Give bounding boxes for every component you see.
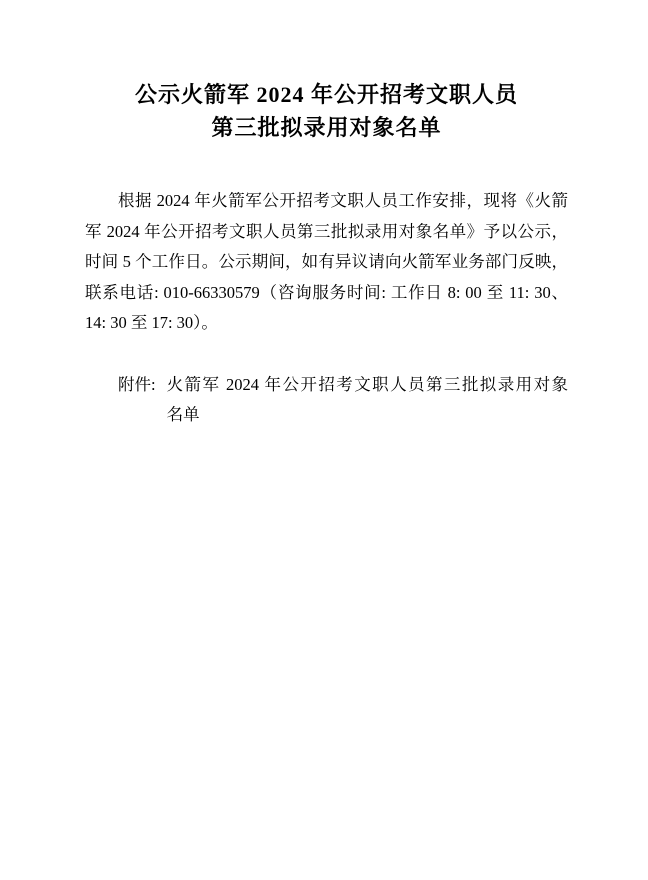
paragraph-line: 联系电话: 010-66330579（咨询服务时间: 工作日 8: 00 至 1…	[85, 278, 568, 309]
attachment-line-2: 名单	[167, 400, 568, 431]
paragraph-line: 根据 2024 年火箭军公开招考文职人员工作安排，现将《火箭	[85, 186, 568, 217]
paragraph-line: 军 2024 年公开招考文职人员第三批拟录用对象名单》予以公示，	[85, 217, 568, 248]
attachment-section: 附件: 火箭军 2024 年公开招考文职人员第三批拟录用对象 名单	[118, 370, 568, 431]
document-title: 公示火箭军 2024 年公开招考文职人员 第三批拟录用对象名单	[85, 78, 568, 144]
paragraph-line: 时间 5 个工作日。公示期间，如有异议请向火箭军业务部门反映，	[85, 247, 568, 278]
document-body: 根据 2024 年火箭军公开招考文职人员工作安排，现将《火箭 军 2024 年公…	[85, 186, 568, 339]
title-line-2: 第三批拟录用对象名单	[85, 111, 568, 144]
paragraph-line: 14: 30 至 17: 30）。	[85, 308, 568, 339]
attachment-label: 附件:	[118, 370, 156, 431]
attachment-content: 火箭军 2024 年公开招考文职人员第三批拟录用对象 名单	[167, 370, 568, 431]
document-page: 公示火箭军 2024 年公开招考文职人员 第三批拟录用对象名单 根据 2024 …	[0, 0, 648, 880]
attachment-line-1: 火箭军 2024 年公开招考文职人员第三批拟录用对象	[167, 370, 568, 401]
title-line-1: 公示火箭军 2024 年公开招考文职人员	[85, 78, 568, 111]
